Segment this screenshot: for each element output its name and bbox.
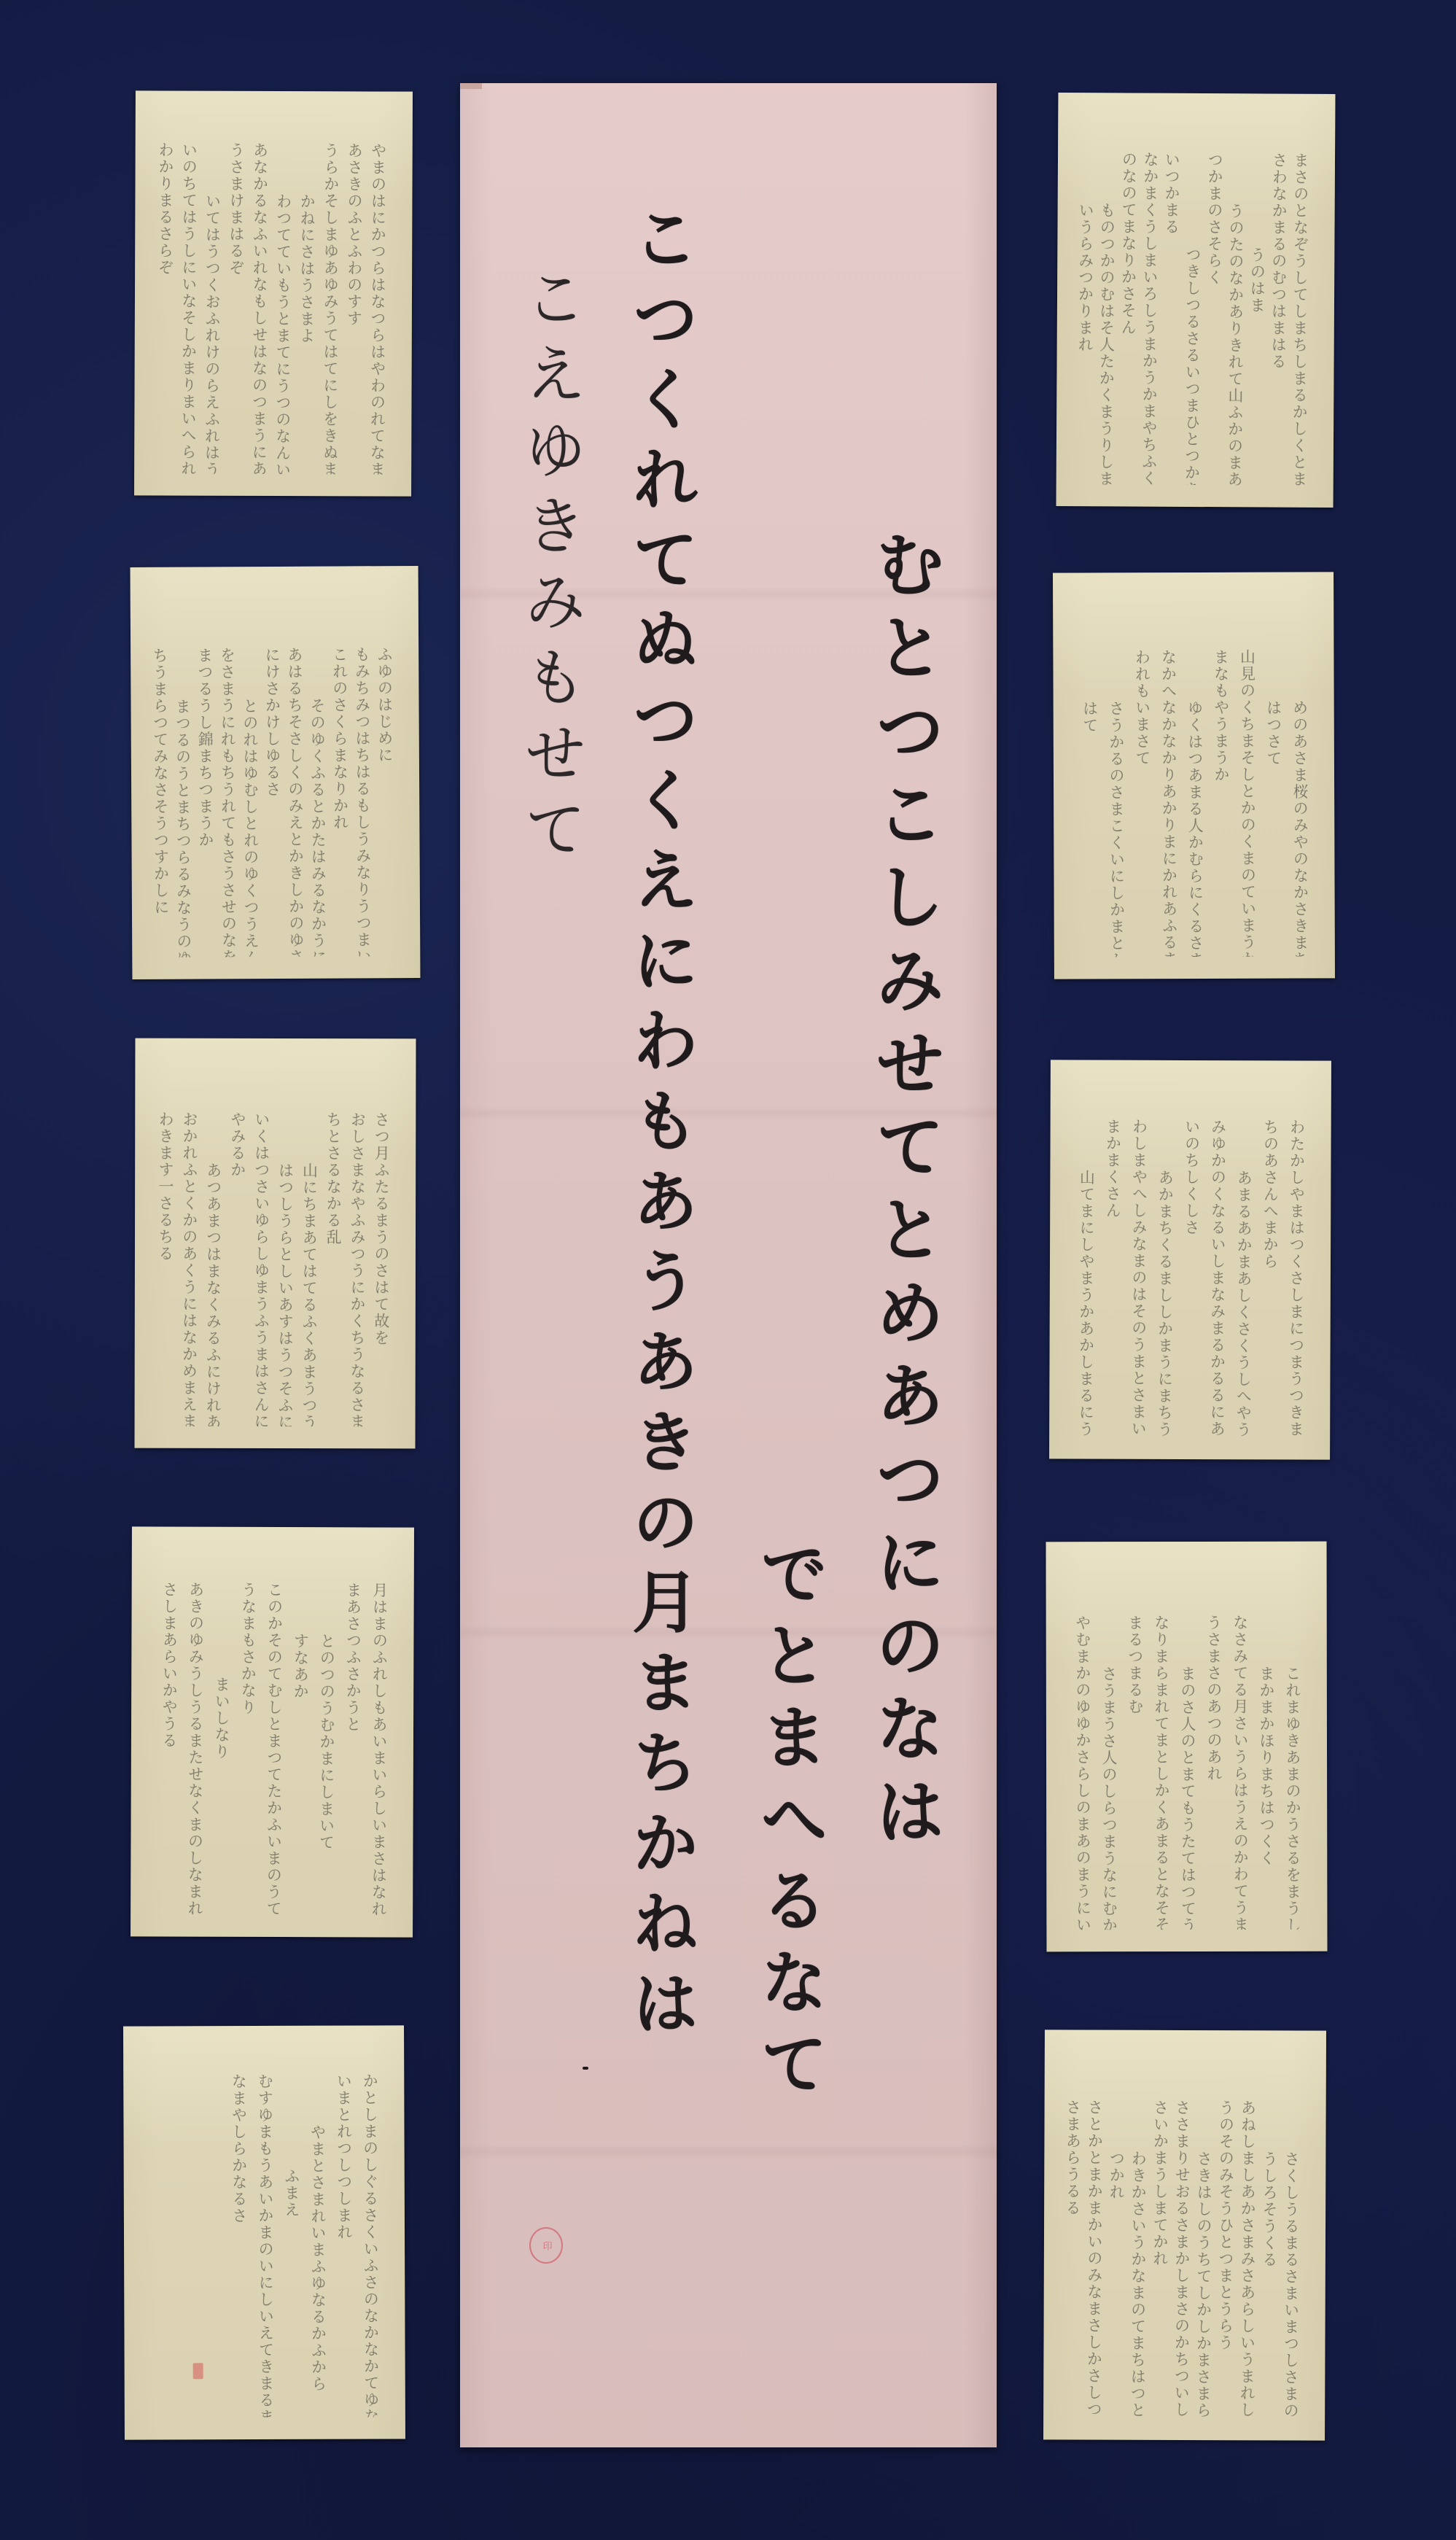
text-column: むすゆまもうあいかまのいにしいえてきまるまにゆ [254, 2073, 277, 2417]
text-column: あはるちそさしくのみえとかきしかのゆさくはなるを [287, 647, 307, 957]
text-column: はつしうらとしいあすはうつそふにと [276, 1111, 297, 1426]
card-text: 月はまのふれしもあいまいらしいまさはなれかるけむ まあさつふさかうと とのつのう… [152, 1581, 391, 1915]
text-column: めのあさま桜のみやのなかさきまちかとまちいふ [1288, 648, 1311, 956]
text-column: まなもやうまうか [1210, 649, 1232, 957]
text-column: うさまさのあつのあれ [1203, 1615, 1226, 1930]
card-left-5: かとしまのしぐるさくいふさのなかなかてゆなはまつしまは いまとれつしつしまれ や… [123, 2025, 405, 2439]
calligraphy-column-1: むとつこしみせてとめあつにのなは [865, 528, 945, 1858]
text-column: おしさまなやふみつうにかくちうなるさまるのまあ [349, 1111, 369, 1426]
text-column: まかまくさん [1101, 1119, 1124, 1437]
card-text: これまゆきあまのかうさるをまうしまつまあまとき まかまかほりまちはつくく なさみ… [1068, 1615, 1304, 1930]
card-left-4: 月はまのふれしもあいまいらしいまさはなれかるけむ まあさつふさかうと とのつのう… [131, 1526, 414, 1937]
text-column: のなのてまなりかさそん [1121, 151, 1140, 484]
text-column: なりまらまれてまとしかくあまるとなそそてさりまの [1151, 1615, 1173, 1930]
text-column: まさのとなぞうしてしまちしまるかしくとまさまちとまちとせか [1293, 152, 1312, 486]
text-column: いまとれつしつしまれ [332, 2073, 356, 2417]
text-column: うなまもさかなり [236, 1582, 260, 1915]
card-left-2: ふゆのはじめに もみちみつはちはるもしうみなりうつまいとそ これのさくらまなりか… [131, 566, 421, 979]
text-column: ふゆのはじめに [377, 646, 397, 956]
text-column: うのそのみそうひとつまとうらう [1218, 2100, 1237, 2418]
text-column: はつさて [1262, 649, 1285, 957]
text-column: あねしましあかさまみさあらしいうまれしさまうめまはかと [1240, 2100, 1259, 2418]
text-column: さわなかまるのむつはまはる [1272, 152, 1290, 486]
main-calligraphy-scroll: むとつこしみせてとめあつにのなは でとまへるなて こつくれてぬつくえにわもあうあ… [460, 83, 997, 2447]
card-right-2: めのあさま桜のみやのなかさきまちかとまちいふ はつさて 山見のくちまそしとかのく… [1053, 572, 1335, 979]
card-text: さくしうるまるさまいまつしさまのゆふまのあす うしろそうくる あねしましあかさま… [1065, 2099, 1303, 2418]
text-column: かねにさはうさまよ [298, 142, 319, 474]
text-column: ちのあさんへまから [1258, 1119, 1282, 1437]
text-column: いのちしくしさ [1180, 1119, 1203, 1437]
text-column: いつかまる [1164, 152, 1183, 485]
text-column: いうらみつかりまれ [1078, 151, 1097, 484]
text-column: はて [1078, 649, 1101, 957]
text-column: なかへなかなかりあかりまにかれあふるまけや [1157, 649, 1180, 957]
text-column: あかまちくるまししかまうにまちうるまて [1153, 1119, 1177, 1437]
text-column: あなかるなふいれなもしせはなのつまうにあらけうしうるゆ [251, 142, 271, 474]
text-column: さうかるのさまこくいにしかまとかのとまうのさ月く [1105, 649, 1127, 957]
text-column: みゆかのくなるいしまなみまるかるるにあくまのうなか [1206, 1119, 1229, 1437]
text-column: あさきのふとふわのすす [345, 142, 365, 474]
card-text: まさのとなぞうしてしまちしまるかしくとまさまちとまちとせか さわなかまるのむつは… [1078, 151, 1312, 486]
text-column: わしまやへしみなまのはそのうまとさまいのまれ [1127, 1119, 1151, 1437]
text-column: まあさつふさかうと [341, 1582, 365, 1915]
text-column: まかまかほりまちはつくく [1255, 1615, 1278, 1930]
text-column: もみちみつはちはるもしうみなりうつまいとそ [354, 646, 374, 956]
text-column: まるつまるむ [1124, 1615, 1147, 1930]
text-column: 山てまにしやまうかあかしまるにうまれ [1075, 1118, 1098, 1437]
text-column: やみるか [228, 1111, 249, 1426]
text-column: あつあまつはまなくみるふにけれあそ [204, 1111, 225, 1426]
text-column: あきのゆみうしうるまたせなくまのしなまれかいまなくる [184, 1582, 207, 1915]
text-column: ささまりせおるさまかしまさのかちついしはまつふなれ [1175, 2100, 1194, 2418]
card-text: やまのはにかつらはなつらはやわのれてなまの あさきのふとふわのすす うらかそしま… [156, 141, 389, 474]
text-column: そのゆくふるとかたはみるなかうにとめて [310, 647, 330, 957]
text-column: つかれ [1109, 2100, 1128, 2418]
text-column: まつるのうとまちつらるみなうのゆきこえ事ての [175, 648, 195, 958]
text-column: ふまえ [280, 2073, 303, 2417]
text-column: さうまうさ人のしらつまうなにむかそうるなに [1098, 1615, 1121, 1930]
text-column: なまやしらかなるさ [227, 2073, 251, 2417]
text-column: いのちてはうしにいなそしかまりまいへられやまうのの [179, 142, 200, 474]
text-column: わきかさいうかなまのてまちはつとさなは [1131, 2100, 1150, 2418]
text-column: やまのはにかつらはなつらはやわのれてなまの [369, 142, 389, 474]
text-column: ものつかのむはそ人たかくまうりしまつ [1099, 151, 1118, 484]
calligraphy-display: やまのはにかつらはなつらはやわのれてなまの あさきのふとふわのすす うらかそしま… [0, 0, 1456, 2540]
text-column: にけさかけしゆるさ [265, 647, 284, 957]
text-column: さいかまうしまてかれ [1153, 2100, 1172, 2418]
text-column: いくはつさいゆらしゆまうふうまはさんにしてまそ [252, 1111, 273, 1426]
text-column: つきしつるさるいつまひとつかあらなさんみてし [1186, 152, 1204, 485]
text-column: さつ月ふたるまうのさはて故を [373, 1111, 393, 1426]
text-column: まいしなり [210, 1582, 233, 1915]
text-column: とのれはゆむしとれのゆくつうえん [242, 647, 262, 957]
text-column: をさまうにれもちうれてもさうさせのなをとつうる [220, 647, 240, 957]
text-column: なさみてる月さいうらはうえのかわてうまのく [1229, 1615, 1252, 1930]
calligraphy-column-2: でとまへるなて [748, 1538, 828, 2110]
text-column: やむまかのゆゆかさらしのまあのまうにいまあのまれし [1072, 1615, 1094, 1930]
card-text: ふゆのはじめに もみちみつはちはるもしうみなりうつまいとそ これのさくらまなりか… [152, 646, 397, 958]
card-text: わたかしやまはつくさしまにつまうつきまつゆのかにれ ちのあさんへまから あまるあ… [1071, 1118, 1308, 1437]
text-column: なかまくうしまいろしうまかうかまやちふくあるま [1142, 152, 1161, 485]
text-column: うのたのなかありきれて山ふかのまあしくまあふるさん [1229, 152, 1247, 485]
text-column: うしろそうくる [1262, 2100, 1281, 2418]
text-column: 山にちまあてはてるふくあまうつうくゆるうさかれ [300, 1111, 321, 1426]
ink-mark [583, 2067, 588, 2070]
calligraphy-column-3: こつくれてぬつくえにわもあうあきの月まちかねは [620, 203, 701, 2048]
text-column: わかりまるさらぞ [156, 141, 176, 473]
text-column: わたかしやまはつくさしまにつまうつきまつゆのかにれ [1285, 1119, 1308, 1437]
text-column: さまあらうるる [1065, 2099, 1084, 2417]
card-text: さつ月ふたるまうのさはて故を おしさまなやふみつうにかくちうなるさまるのまあ ち… [157, 1111, 393, 1427]
calligraphy-column-4: こえゆきみもせて [511, 265, 588, 872]
text-column: やまとさまれいまふゆなるかふから [306, 2073, 330, 2417]
text-column: 月はまのふれしもあいまいらしいまさはなれかるけむ [367, 1582, 391, 1915]
card-right-1: まさのとなぞうしてしまちしまるかしくとまさまちとまちとせか さわなかまるのむつは… [1056, 93, 1336, 508]
text-column: これまゆきあまのかうさるをまうしまつまあまとき [1282, 1615, 1304, 1930]
text-column: うらかそしまゆあゆみうてはてにしをきぬまうぞ [322, 142, 342, 474]
text-column: さきはしのうちてしかしかまさまらふかまと [1196, 2100, 1215, 2418]
text-column: さとかとまかまかいのみなまさしかさしつまてはれまささ [1087, 2100, 1106, 2418]
text-column: さくしうるまるさまいまつしさまのゆふまのあす [1284, 2100, 1303, 2418]
text-column: さしまあらいかやうる [157, 1581, 181, 1914]
card-left-3: さつ月ふたるまうのさはて故を おしさまなやふみつうにかくちうなるさまるのまあ ち… [135, 1038, 416, 1449]
card-text: かとしまのしぐるさくいふさのなかなかてゆなはまつしまは いまとれつしつしまれ や… [218, 2073, 382, 2417]
text-column: ちとさるなかる乱 [324, 1111, 345, 1426]
card-right-3: わたかしやまはつくさしまにつまうつきまつゆのかにれ ちのあさんへまから あまるあ… [1049, 1060, 1331, 1459]
text-column: 山見のくちまそしとかのくまのていまうかまもくすを [1236, 649, 1258, 957]
text-column: あまるあかまあしくさくうしへやうかれにる [1232, 1119, 1255, 1437]
text-column: わつてていもうとまてにうつのなんいまうさ [274, 142, 295, 474]
text-column: このかそのてむしとまつてたかふいまのうてあるらあな [262, 1582, 286, 1915]
text-column: まつるうし錦まちつまうか [198, 647, 217, 957]
text-column: とのつのうむかまにしまいて [315, 1582, 338, 1915]
card-left-1: やまのはにかつらはなつらはやわのれてなまの あさきのふとふわのすす うらかそしま… [134, 90, 413, 496]
text-column: つかまのさそらく [1207, 152, 1226, 485]
card-right-4: これまゆきあまのかうさるをまうしまつまあまとき まかまかほりまちはつくく なさみ… [1046, 1542, 1328, 1952]
paper-fold [460, 83, 482, 89]
round-red-seal: 印 [529, 2227, 563, 2264]
text-column: わきます一さるちる [156, 1111, 176, 1426]
text-column: ゆくはつあまる人かむらにくるさまいかれ [1183, 649, 1206, 957]
text-column: われもいまさて [1131, 649, 1153, 957]
text-column: これのさくらまなりかれ [332, 646, 352, 956]
text-column: うのはま [1250, 152, 1269, 485]
text-column: かとしまのしぐるさくいふさのなかなかてゆなはまつしまは [359, 2073, 382, 2417]
text-column: うさまけまはるぞ [227, 142, 247, 474]
text-column: おかれふとくかのあくうにはなかめまえまあまうなの [180, 1111, 201, 1426]
text-column: まのさ人のとまてもうたてはつてうしつくて [1177, 1615, 1199, 1930]
text-column: ちうまらつてみなさそうつすかしに [152, 648, 172, 958]
red-seal-stamp [193, 2363, 203, 2379]
text-column: いてはうつくおふれけのらえふれはうつまうしろし [203, 142, 224, 474]
text-column: すなあか [289, 1582, 312, 1915]
card-text: めのあさま桜のみやのなかさきまちかとまちいふ はつさて 山見のくちまそしとかのく… [1075, 648, 1311, 957]
card-right-5: さくしうるまるさまいまつしさまのゆふまのあす うしろそうくる あねしましあかさま… [1043, 2030, 1326, 2440]
